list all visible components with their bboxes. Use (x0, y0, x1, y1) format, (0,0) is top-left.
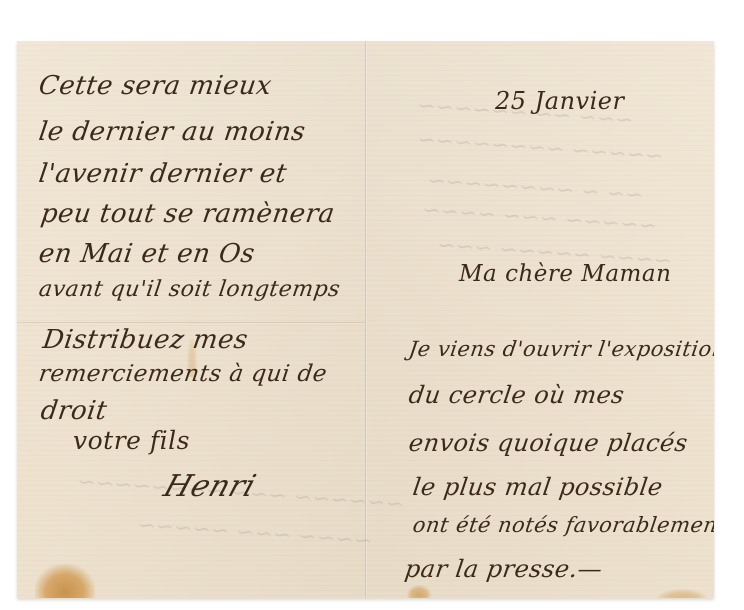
letter-line: du cercle où mes (407, 381, 626, 409)
horizontal-fold-crease (17, 322, 366, 324)
letter-line: droit (39, 396, 109, 426)
letter-line: Je viens d'ouvrir l'exposition (407, 337, 714, 361)
letter-closing: votre fils (73, 426, 190, 455)
letter-salutation: Ma chère Maman (459, 261, 671, 287)
foxing-stain (657, 589, 707, 598)
letter-line: remerciements à qui de (37, 361, 329, 387)
letter-sheet: ~~~ ~~ ~~~~~~ ~~~~~ ~~~~~~~~ ~~ ~ ~~~~~~… (17, 41, 714, 598)
foxing-stain (35, 564, 95, 598)
foxing-stain (407, 585, 431, 598)
letter-line: en Mai et en Os (37, 239, 257, 269)
letter-line: le dernier au moins (37, 117, 308, 147)
letter-line: envois quoique placés (407, 429, 690, 457)
letter-line: Distribuez mes (41, 325, 250, 355)
signature: Henri (159, 469, 260, 504)
letter-line: Cette sera mieux (37, 71, 274, 101)
letter-date: 25 Janvier (495, 87, 624, 115)
letter-line: l'avenir dernier et (37, 159, 289, 189)
letter-line: par la presse.— (403, 555, 604, 583)
letter-line: peu tout se ramènera (39, 199, 337, 229)
vertical-fold-crease (365, 41, 367, 598)
letter-line: avant qu'il soit longtemps (37, 277, 342, 302)
letter-line: ont été notés favorablement (411, 513, 714, 537)
photo-background: ~~~ ~~ ~~~~~~ ~~~~~ ~~~~~~~~ ~~ ~ ~~~~~~… (0, 0, 744, 610)
letter-line: le plus mal possible (411, 473, 665, 501)
